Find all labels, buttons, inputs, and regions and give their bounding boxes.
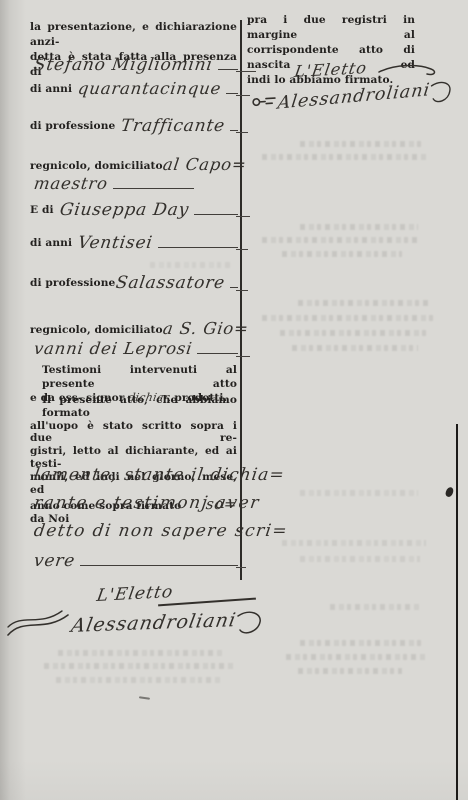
handwritten-closing-line-4: vere: [33, 552, 77, 570]
entry-rule: [158, 247, 238, 248]
entry-rule: [113, 188, 194, 189]
witness1-residence-row-2: maestro: [34, 175, 194, 193]
right-line-1: pra i due registri in margine al: [247, 13, 415, 43]
right-signature-name-handwriting: Alessandroliani: [276, 80, 431, 113]
rule-tick: [236, 95, 250, 96]
page-edge-rule: [456, 424, 458, 800]
witness1-residence-handwriting-1: al Capo=: [161, 156, 247, 174]
entry-rule: [230, 287, 238, 288]
bleedthrough-line: [300, 224, 418, 230]
witness1-name-row: Stefano Migliomini: [34, 52, 238, 74]
bleedthrough-line: [300, 640, 422, 646]
bleedthrough-line: [150, 262, 230, 268]
rule-tick: [236, 216, 250, 217]
bleedthrough-line: [292, 345, 418, 351]
bleedthrough-line: [330, 604, 422, 610]
entry-rule: [218, 69, 238, 70]
ink-speck: [139, 696, 150, 699]
rule-tick: [236, 290, 248, 291]
witness1-age-handwriting: quarantacinque: [77, 80, 223, 98]
rule-tick: [236, 567, 246, 568]
signature-tail-icon: [236, 606, 266, 640]
witness1-residence-handwriting-2: maestro: [33, 175, 109, 193]
witness1-residence-row: regnicolo, domiciliato al Capo=: [30, 156, 238, 174]
witness1-age-row: di anni quarantacinque: [30, 79, 238, 98]
witness1-profession-handwriting: Trafficante: [120, 117, 226, 135]
bleedthrough-line: [298, 300, 428, 306]
testimoni-line-1: Testimoni intervenuti al presente atto: [30, 363, 237, 391]
rule-tick: [236, 132, 248, 133]
profession-label: di professione: [30, 120, 115, 135]
bleedthrough-line: [282, 251, 402, 257]
rule-tick: [236, 249, 248, 250]
bleedthrough-line: [44, 663, 234, 669]
witness2-residence-row: regnicolo, domiciliato a S. Gio=: [30, 318, 238, 338]
intro-line-1: la presentazione, e dichiarazione anzi-: [30, 20, 237, 50]
left-signature-name-handwriting: Alessandroliani: [69, 609, 238, 637]
handwritten-closing-line-3: detto di non sapere scri=: [33, 522, 289, 540]
residence-label: regnicolo, domiciliato: [30, 160, 163, 174]
signature-tail-icon: [429, 77, 457, 108]
entry-rule: [194, 214, 238, 215]
bleedthrough-line: [262, 154, 428, 160]
witness2-residence-handwriting-2: vanni dei Leprosi: [33, 340, 194, 358]
residence-label: regnicolo, domiciliato: [30, 324, 163, 338]
handwritten-closing-line-1: lamente, stante il dichia=: [33, 466, 286, 484]
bleedthrough-line: [300, 556, 420, 562]
rule-tick: [236, 356, 250, 357]
witness2-name-handwriting: Giuseppa Day: [58, 201, 190, 219]
bleedthrough-line: [262, 315, 434, 321]
age-label: di anni: [30, 83, 72, 98]
witness2-age-row: di anni Ventisei: [30, 232, 238, 252]
bleedthrough-line: [262, 237, 420, 243]
bleedthrough-line: [56, 677, 220, 683]
handwritten-closing-line-4-row: vere: [34, 551, 238, 570]
left-signature-row: Alessandroliani: [6, 606, 266, 640]
witness2-age-handwriting: Ventisei: [77, 234, 154, 252]
ink-blot: [445, 486, 455, 498]
bleedthrough-line: [282, 540, 426, 546]
closing-line-2: all'uopo è stato scritto sopra i due re-: [30, 420, 237, 446]
closing-line-1: Il presente atto, che abbiamo formato: [30, 394, 237, 420]
signature-flourish-icon: [6, 607, 72, 639]
entry-rule: [80, 565, 238, 566]
right-signature-title: L'Eletto: [293, 58, 369, 81]
entry-rule: [197, 353, 238, 354]
bleedthrough-line: [286, 654, 426, 660]
witness2-residence-handwriting-1: a S. Gio=: [161, 320, 249, 338]
signature-flourish-icon: [377, 61, 439, 79]
witness2-profession-handwriting: Salassatore: [115, 274, 227, 292]
bleedthrough-line: [298, 668, 402, 674]
entry-rule: [226, 93, 238, 94]
bleedthrough-line: [300, 141, 422, 147]
witness2-intro-row: E di Giuseppa Day: [30, 199, 238, 219]
handwritten-closing-line-2: rante e testimonj aver: [33, 494, 261, 512]
witness1-profession-row: di professione Trafficante: [30, 114, 238, 135]
and-of-label: E di: [30, 204, 54, 219]
scanned-civil-record-page: la presentazione, e dichiarazione anzi- …: [0, 0, 468, 800]
bleedthrough-line: [58, 650, 224, 656]
witness1-name-handwriting: Stefano Migliomini: [33, 56, 214, 74]
witness2-residence-row-2: vanni dei Leprosi: [34, 340, 238, 358]
profession-label: di professione: [30, 277, 115, 292]
entry-rule: [230, 130, 238, 131]
right-signature-title-row: L'Eletto: [295, 60, 439, 79]
bleedthrough-line: [300, 490, 418, 496]
signature-paraph-icon: [250, 94, 279, 109]
age-label: di anni: [30, 237, 72, 252]
bleedthrough-line: [280, 330, 430, 336]
witness2-profession-row: di professione Salassatore: [30, 271, 238, 292]
